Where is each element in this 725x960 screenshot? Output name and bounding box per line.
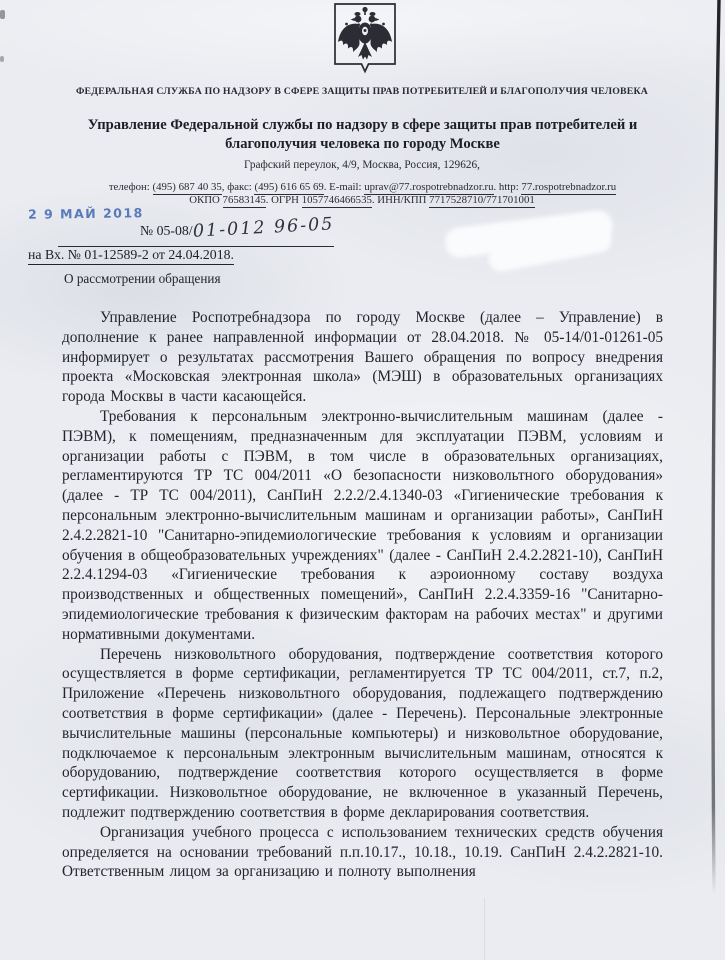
registry-line: ОКПО 76583145. ОГРН 1057746466535. ИНН/К… xyxy=(62,194,662,206)
paper-crease xyxy=(484,898,485,960)
phone-number: (495) 687 40 35 xyxy=(153,181,222,195)
outgoing-number-line: № 05-08/01-012 96-05 xyxy=(58,220,334,247)
email-label: . E-mail: xyxy=(324,181,362,193)
agency-name: ФЕДЕРАЛЬНАЯ СЛУЖБА ПО НАДЗОРУ В СФЕРЕ ЗА… xyxy=(62,86,662,98)
phone-label: телефон: xyxy=(109,181,150,193)
email-address: uprav@77.rospotrebnadzor.ru xyxy=(364,181,493,195)
outgoing-number-prefix: № 05-08/ xyxy=(140,223,193,239)
inn-number: 7717528710/771701001 xyxy=(429,194,535,208)
postal-address: Графский переулок, 4/9, Москва, Россия, … xyxy=(62,159,662,171)
okpo-number: 76583145 xyxy=(223,194,266,208)
web-address: 77.rospotrebnadzor.ru xyxy=(521,181,616,195)
reply-reference-line: на Вх. № 01-12589-2 от 24.04.2018. xyxy=(28,247,234,265)
contact-line: телефон: (495) 687 40 35, факс: (495) 61… xyxy=(10,181,715,193)
subject-line: О рассмотрении обращения xyxy=(64,271,221,287)
body-paragraph: Организация учебного процесса с использо… xyxy=(62,823,663,882)
okpo-label: ОКПО xyxy=(189,194,220,206)
handwritten-number: 01-012 96-05 xyxy=(192,214,334,241)
ogrn-number: 1057746466535 xyxy=(302,194,372,208)
body-paragraph: Требования к персональным электронно-выч… xyxy=(62,407,663,645)
scan-smudge xyxy=(0,56,4,62)
web-label: . http: xyxy=(494,181,519,193)
letter-body: Управление Роспотребнадзора по городу Мо… xyxy=(62,308,663,882)
scan-smudge xyxy=(0,10,5,19)
office-name: Управление Федеральной службы по надзору… xyxy=(45,116,680,154)
ogrn-label: . ОГРН xyxy=(266,194,299,206)
scanned-letter-page: ФЕДЕРАЛЬНАЯ СЛУЖБА ПО НАДЗОРУ В СФЕРЕ ЗА… xyxy=(0,0,725,960)
body-paragraph: Управление Роспотребнадзора по городу Мо… xyxy=(62,308,663,407)
fax-number: (495) 616 65 69 xyxy=(254,181,323,195)
body-paragraph: Перечень низковольтного оборудования, по… xyxy=(62,645,663,823)
page-edge-shadow xyxy=(699,0,725,960)
fax-label: , факс: xyxy=(222,181,252,193)
coat-of-arms-icon xyxy=(333,2,397,76)
inn-label: . ИНН/КПП xyxy=(372,194,427,206)
